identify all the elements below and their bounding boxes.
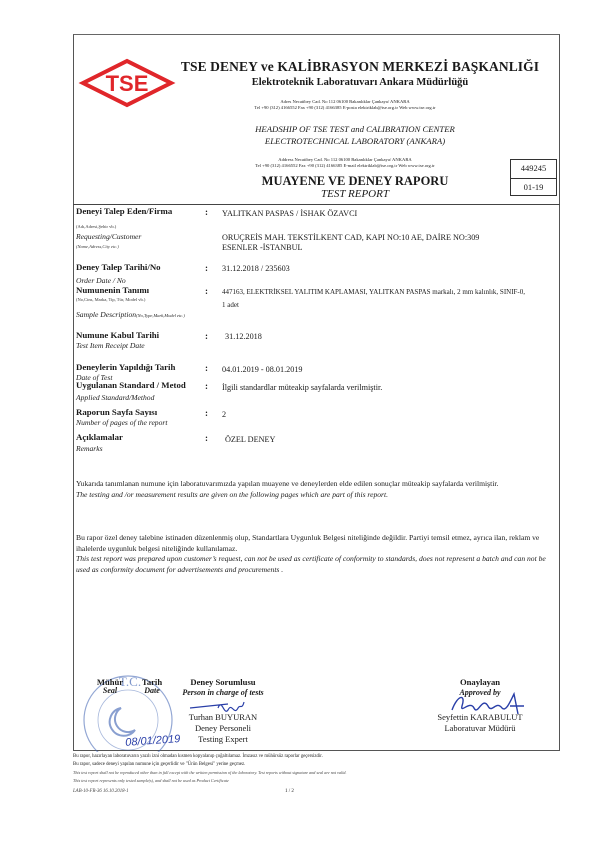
receipt-label: Numune Kabul Tarihi [76, 330, 159, 340]
customer-label-en: Requesting/Customer [76, 232, 141, 241]
receipt-value: 31.12.2018 [225, 332, 262, 341]
sample-label-en: Sample Description(No,Type,Mark,Model et… [76, 310, 185, 319]
institution-title: TSE DENEY ve KALİBRASYON MERKEZİ BAŞKANL… [175, 59, 545, 75]
seal-label-en: Seal [90, 686, 130, 695]
pages-label-en: Number of pages of the report [76, 418, 167, 427]
customer-city-value: ESENLER -İSTANBUL [222, 243, 303, 252]
colon: : [205, 363, 208, 373]
colon: : [205, 381, 208, 391]
footer-note-1: Bu rapor, hazırlayan laboratuvarın yazıl… [73, 754, 323, 759]
laboratory-subtitle: Elektroteknik Laboratuvarı Ankara Müdürl… [175, 77, 545, 88]
remarks-value: ÖZEL DENEY [225, 435, 275, 444]
disclaimer-statement: Bu rapor özel deney talebine istinaden d… [76, 533, 546, 575]
english-heading-lab: ELECTROTECHNICAL LABORATORY (ANKARA) [190, 136, 520, 147]
colon: : [205, 263, 208, 273]
sample-quantity-value: 1 adet [222, 301, 239, 309]
report-title-en: TEST REPORT [190, 188, 520, 200]
footer-note-3: This test report shall not be reproduced… [73, 770, 347, 775]
approved-role: Laboratuvar Müdürü [425, 723, 535, 734]
report-number-box: 449245 01-19 [510, 159, 557, 196]
test-date-label: Deneylerin Yapıldığı Tarih [76, 362, 175, 372]
page-number: 1 / 2 [285, 789, 294, 794]
english-heading: HEADSHIP OF TSE TEST and CALIBRATION CEN… [190, 124, 520, 135]
header-divider [73, 204, 560, 205]
standard-value: İlgili standardlar müteakip sayfalarda v… [222, 383, 382, 392]
colon: : [205, 331, 208, 341]
approved-name: Seyfettin KARABULUT [425, 712, 535, 723]
results-statement: Yukarıda tanımlanan numune için laboratu… [76, 479, 546, 500]
form-code: LAB-10-FR-36 16.10.2018-1 [73, 789, 129, 794]
disclaimer-en: This test report was prepared upon custo… [76, 554, 546, 575]
approved-heading: Onaylayan [435, 677, 525, 687]
sample-value: 447163, ELEKTRİKSEL YALITIM KAPLAMASI, Y… [222, 288, 525, 296]
colon: : [205, 286, 208, 296]
contact-line: Tel +90 (312) 4166552 Fax +90 (312) 4166… [175, 105, 515, 111]
tests-heading: Deney Sorumlusu [178, 677, 268, 687]
footer-note-2: Bu rapor, sadece deneyi yapılan numune i… [73, 762, 245, 767]
footer-note-4: This test report represents only tested … [73, 778, 229, 783]
colon: : [205, 207, 208, 217]
tse-logo-icon: TSE [77, 58, 177, 108]
tests-name: Turhan BUYURAN [170, 712, 276, 723]
report-code: 01-19 [511, 179, 556, 197]
customer-label-en-note: (Name,Adress,City etc.) [76, 244, 119, 249]
tests-person: Turhan BUYURAN Deney Personeli Testing E… [170, 712, 276, 745]
sample-label-note: (No,Cins, Marka, Tip, Tür, Model vb.) [76, 297, 145, 302]
svg-text:TSE: TSE [106, 71, 149, 96]
receipt-label-en: Test Item Receipt Date [76, 341, 145, 350]
remarks-label: Açıklamalar [76, 432, 123, 442]
results-statement-tr: Yukarıda tanımlanan numune için laboratu… [76, 479, 546, 490]
remarks-label-en: Remarks [76, 444, 103, 453]
report-number: 449245 [511, 160, 556, 179]
standard-label: Uygulanan Standard / Metod [76, 380, 186, 390]
contact-line-en: Tel +90 (312) 4166552 Fax +90 (312) 4166… [175, 163, 515, 169]
test-date-value: 04.01.2019 - 08.01.2019 [222, 365, 303, 374]
date-label-en: Date [132, 686, 172, 695]
pages-label: Raporun Sayfa Sayısı [76, 407, 157, 417]
customer-address-value: ORUÇREİS MAH. TEKSTİLKENT CAD, KAPI NO:1… [222, 233, 479, 242]
disclaimer-tr: Bu rapor özel deney talebine istinaden d… [76, 533, 546, 554]
colon: : [205, 408, 208, 418]
standard-label-en: Applied Standard/Method [76, 393, 154, 402]
pages-value: 2 [222, 410, 226, 419]
order-value: 31.12.2018 / 235603 [222, 264, 290, 273]
customer-label-note: (Adı,Adresi,Şehir vb.) [76, 224, 116, 229]
customer-name-value: YALITKAN PASPAS / İSHAK ÖZAVCI [222, 209, 357, 218]
results-statement-en: The testing and /or measurement results … [76, 490, 546, 501]
order-label: Deney Talep Tarihi/No [76, 262, 161, 272]
colon: : [205, 433, 208, 443]
tests-role: Deney Personeli [170, 723, 276, 734]
approver: Seyfettin KARABULUT Laboratuvar Müdürü [425, 712, 535, 734]
order-label-en: Order Date / No [76, 276, 126, 285]
sample-label: Numunenin Tanımı [76, 285, 149, 295]
tests-role-en: Testing Expert [170, 734, 276, 745]
report-title: MUAYENE VE DENEY RAPORU [190, 174, 520, 189]
customer-label: Deneyi Talep Eden/Firma [76, 206, 172, 216]
